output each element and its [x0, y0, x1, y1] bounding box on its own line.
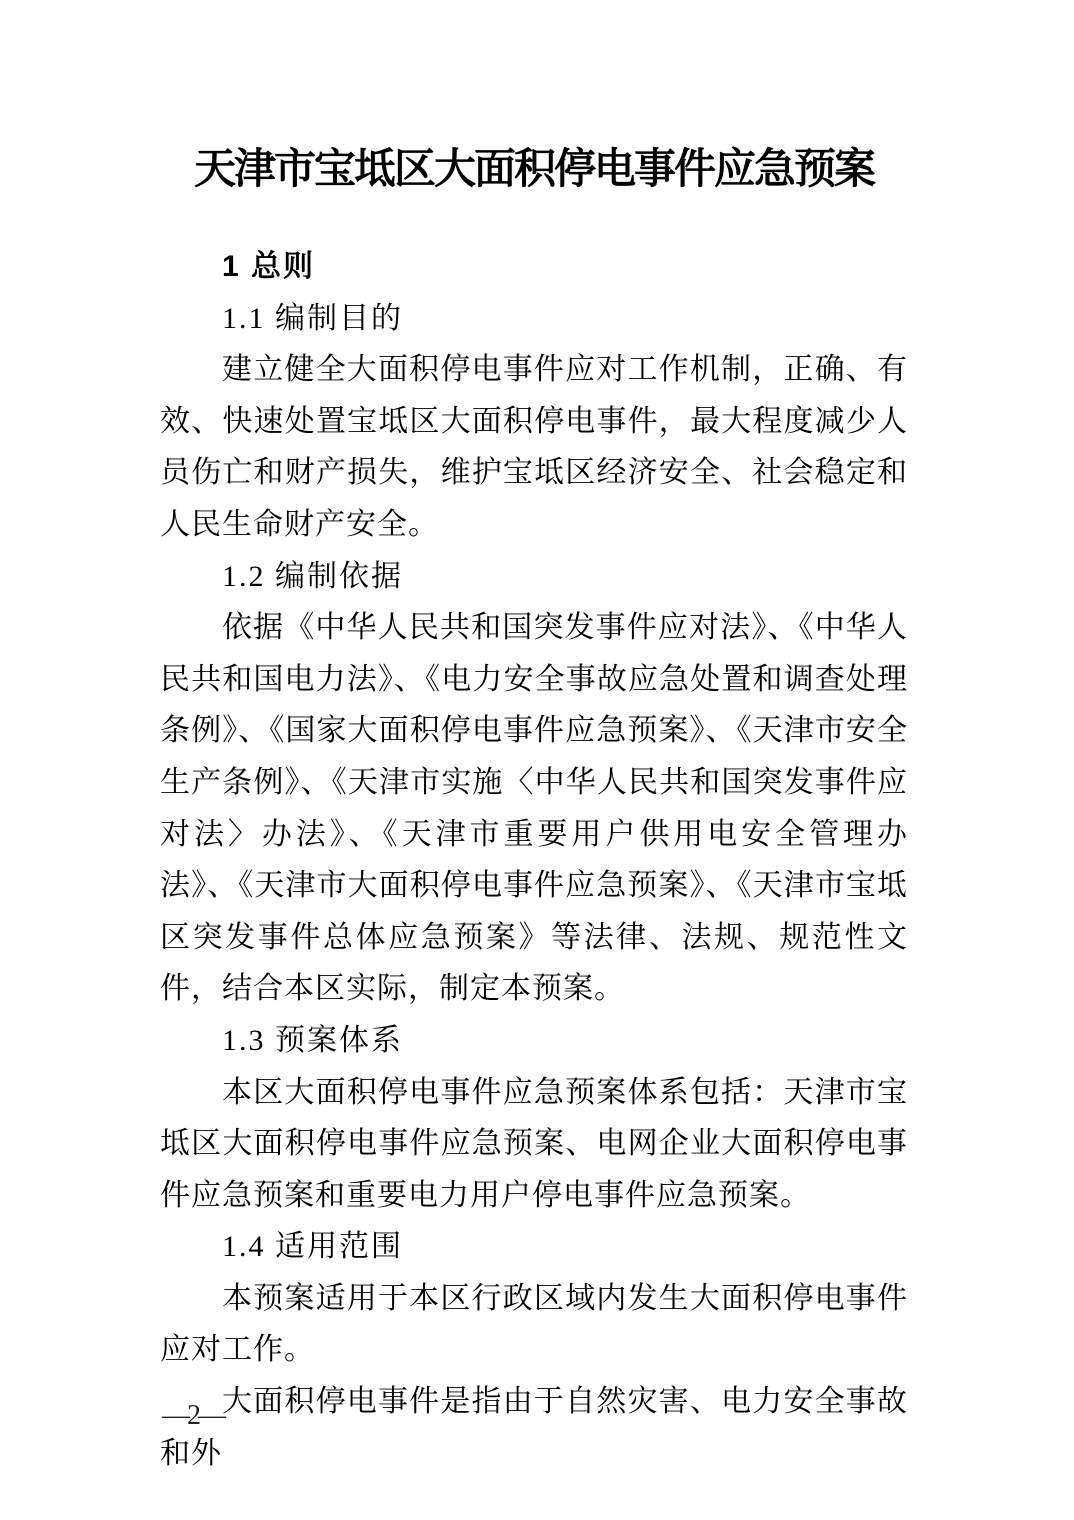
paragraph: 依据《中华人民共和国突发事件应对法》、《中华人民共和国电力法》、《电力安全事故应… — [160, 602, 908, 1015]
document-body: 1 总则1.1 编制目的建立健全大面积停电事件应对工作机制，正确、有效、快速处置… — [160, 241, 908, 1479]
section-heading: 1.1 编制目的 — [160, 293, 908, 345]
section-heading: 1 总则 — [160, 241, 908, 293]
paragraph: 本预案适用于本区行政区域内发生大面积停电事件应对工作。 — [160, 1273, 908, 1376]
document-content: 天津市宝坻区大面积停电事件应急预案 1 总则1.1 编制目的建立健全大面积停电事… — [0, 0, 1074, 1479]
paragraph: 本区大面积停电事件应急预案体系包括：天津市宝坻区大面积停电事件应急预案、电网企业… — [160, 1067, 908, 1222]
document-page: 天津市宝坻区大面积停电事件应急预案 1 总则1.1 编制目的建立健全大面积停电事… — [0, 0, 1074, 1520]
section-heading: 1.4 适用范围 — [160, 1221, 908, 1273]
page-number: —2— — [162, 1398, 223, 1434]
section-heading: 1.2 编制依据 — [160, 551, 908, 603]
paragraph: 建立健全大面积停电事件应对工作机制，正确、有效、快速处置宝坻区大面积停电事件，最… — [160, 344, 908, 550]
section-heading: 1.3 预案体系 — [160, 1015, 908, 1067]
paragraph: 大面积停电事件是指由于自然灾害、电力安全事故和外 — [160, 1376, 908, 1479]
page-title: 天津市宝坻区大面积停电事件应急预案 — [160, 140, 908, 200]
